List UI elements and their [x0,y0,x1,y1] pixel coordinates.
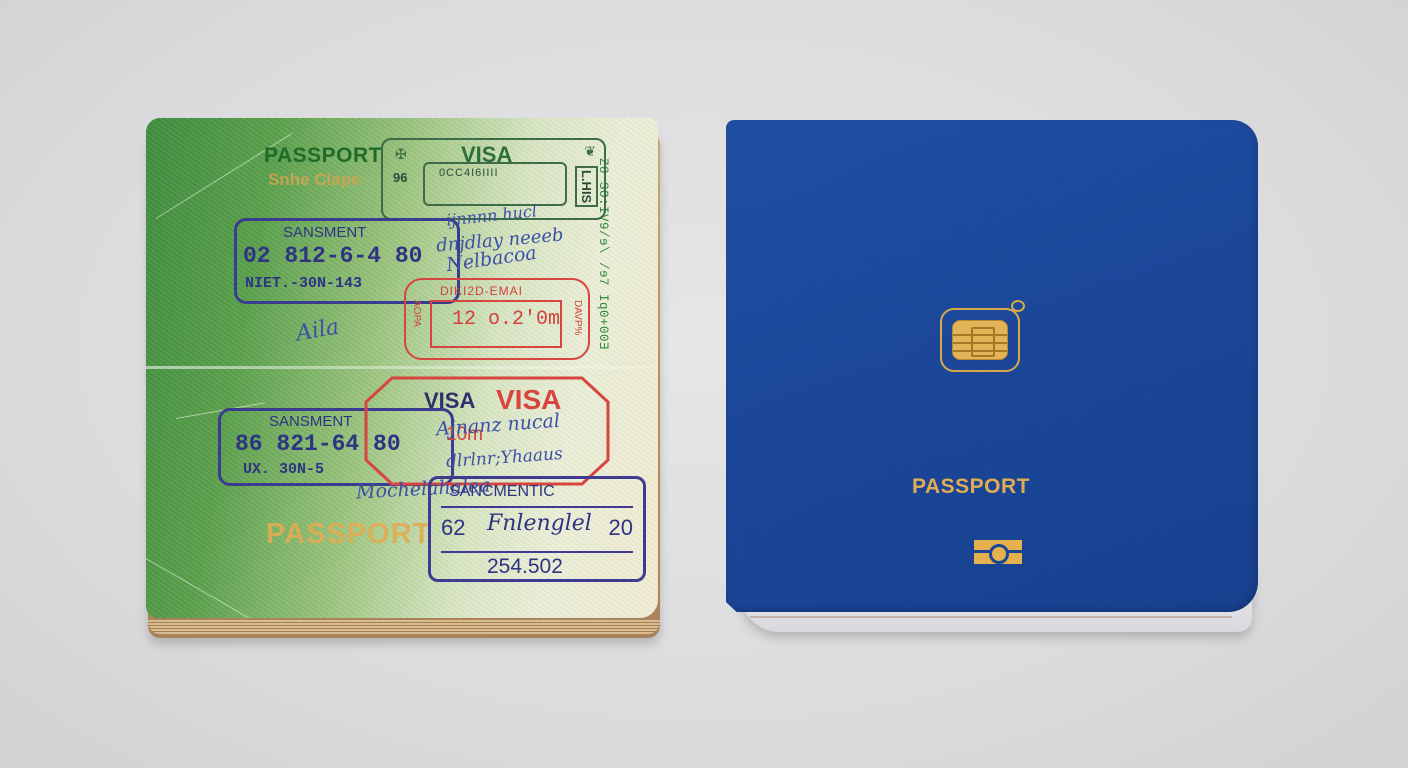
emblem-icon: ✠ [395,146,407,163]
new-passport-cover: PASSPORT [726,120,1258,612]
new-blue-passport: PASSPORT [726,120,1260,638]
stamp-signature: Fnlenglel [487,511,592,536]
stamp-right-number: 20 [609,515,633,541]
entry-stamp-blue-2: SANSMENT 86 821-64 80 UX. 30N-5 [218,408,454,486]
chip-icon [940,308,1020,372]
visa-line: 0CC4I6IIII [439,167,499,179]
stamp-ref: UX. 30N-5 [243,461,324,478]
stamp-rule [441,506,633,508]
stamp-header: SANSMENT [269,413,352,430]
signature: Aila [294,314,341,346]
stamp-header: DIKI2D-EMAI [440,284,523,298]
stamp-rule [441,551,633,553]
stamp-left-number: 62 [441,515,465,541]
crease [146,558,250,618]
passport-title-gold: PASSPORT [266,518,431,551]
stamp-side-right: DAVP% [572,300,583,335]
visa-side-text: L.HIS [575,166,598,207]
stamp-header: SANCMENTIC [449,483,555,501]
stamp-footer: 254.502 [487,555,563,579]
old-passport-cover: PASSPORT Snhe Clape Z8 SO:IV9/ɘ\ /ɘ7 Iq0… [146,118,658,618]
date-stamp-red: DIKI2D-EMAI 12 ᴏ.2'0m AOPA DAVP% [404,278,590,360]
exit-stamp-blue: SANCMENTIC 62 Fnlenglel 20 254.502 [428,476,646,582]
stamp-ref: NIET.-30N-143 [245,275,362,292]
handwriting: Ajnanz nucal [435,410,560,441]
handwriting: dlrlnr;Yhaaus [445,444,563,472]
stamp-number: 86 821-64 80 [235,431,401,457]
old-green-passport: PASSPORT Snhe Clape Z8 SO:IV9/ɘ\ /ɘ7 Iq0… [146,118,662,640]
stamp-number: 02 812-6-4 80 [243,243,422,269]
passport-title: PASSPORT [912,475,1030,499]
stamp-side-left: AOPA [411,300,422,327]
visa-code: 96 [393,170,407,185]
page-fold [146,366,658,369]
passport-comparison-scene: PASSPORT Snhe Clape Z8 SO:IV9/ɘ\ /ɘ7 Iq0… [0,0,1408,768]
emblem-icon: ❦ [584,143,596,160]
chip-contacts [952,320,1008,360]
passport-subtitle: Snhe Clape [268,170,361,190]
passport-title-green: PASSPORT [264,144,382,168]
visa-title-dark: VISA [424,388,475,414]
biometric-icon [974,540,1022,564]
stamp-date: 12 ᴏ.2'0m [452,308,560,331]
stamp-header: SANSMENT [283,224,366,241]
